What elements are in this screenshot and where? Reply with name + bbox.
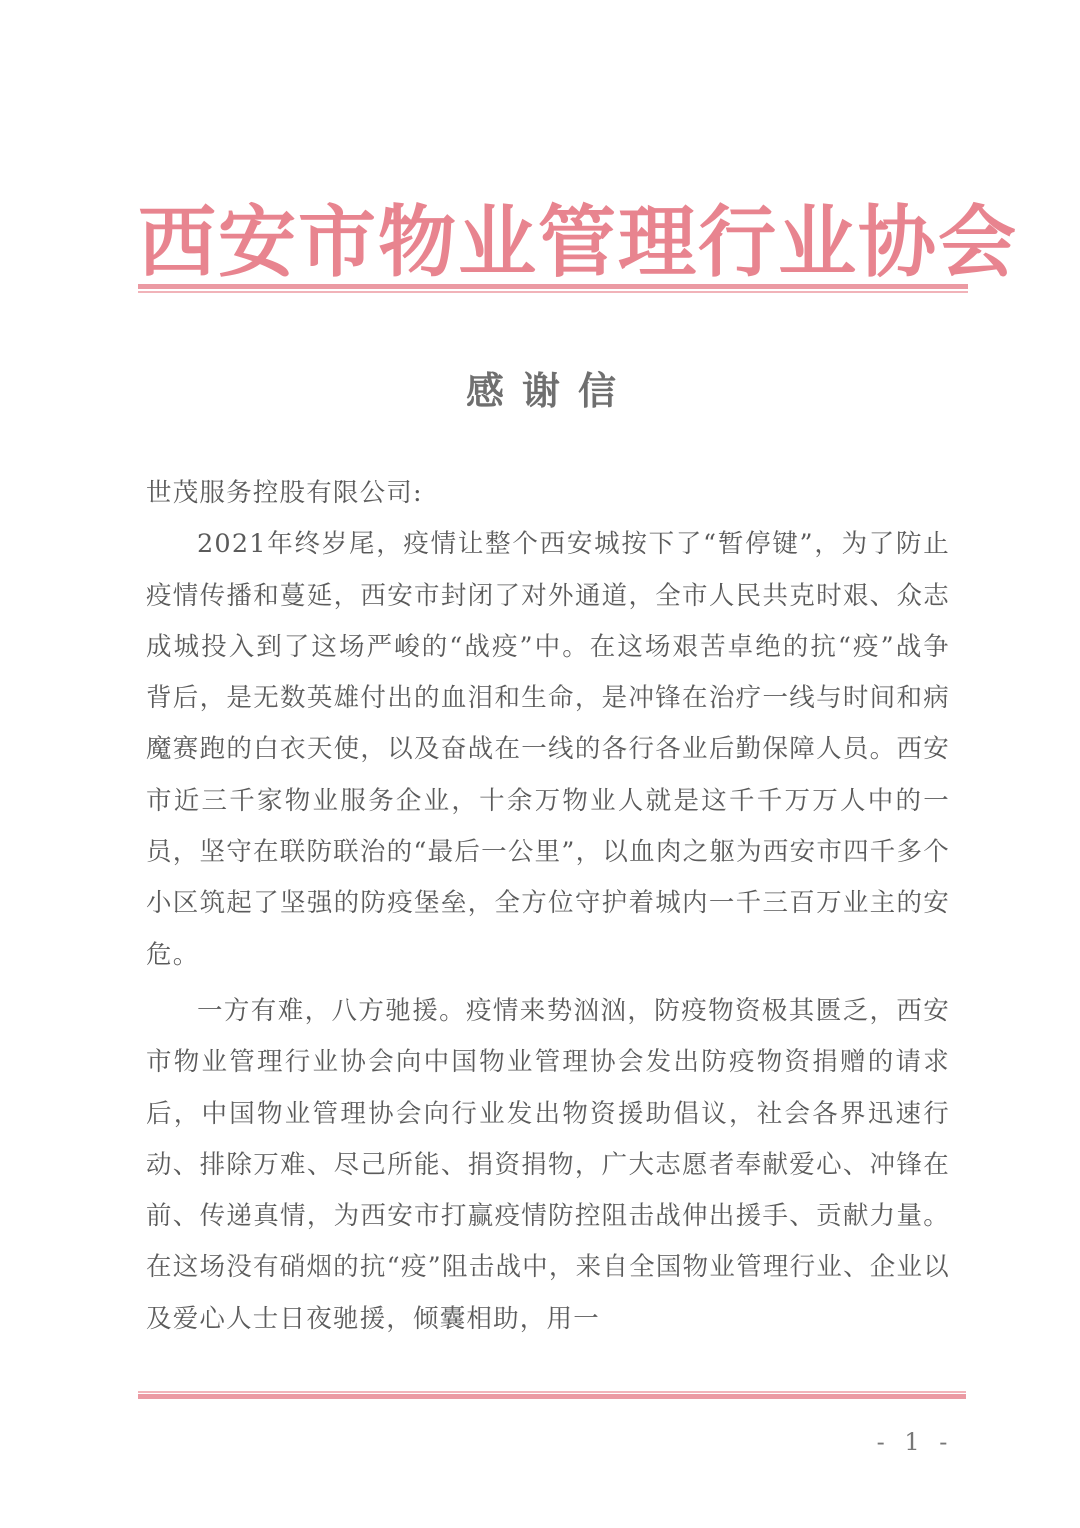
letterhead-divider-thick: [138, 284, 968, 289]
letterhead-organization-name: 西安市物业管理行业协会: [138, 200, 968, 286]
paragraph-2: 一方有难，八方驰援。疫情来势汹汹，防疫物资极其匮乏，西安市物业管理行业协会向中国…: [146, 986, 950, 1345]
page-number: - 1 -: [870, 1428, 960, 1456]
footer-divider-thick: [138, 1394, 966, 1399]
letter-body: 世茂服务控股有限公司: 2021年终岁尾，疫情让整个西安城按下了“暂停键”，为了…: [146, 468, 950, 1345]
paragraph-1: 2021年终岁尾，疫情让整个西安城按下了“暂停键”，为了防止疫情传播和蔓延，西安…: [146, 519, 950, 981]
salutation: 世茂服务控股有限公司:: [146, 468, 950, 519]
letterhead-divider-thin: [138, 291, 968, 293]
footer-divider-thin: [138, 1391, 966, 1393]
document-title: 感谢信: [440, 360, 660, 415]
